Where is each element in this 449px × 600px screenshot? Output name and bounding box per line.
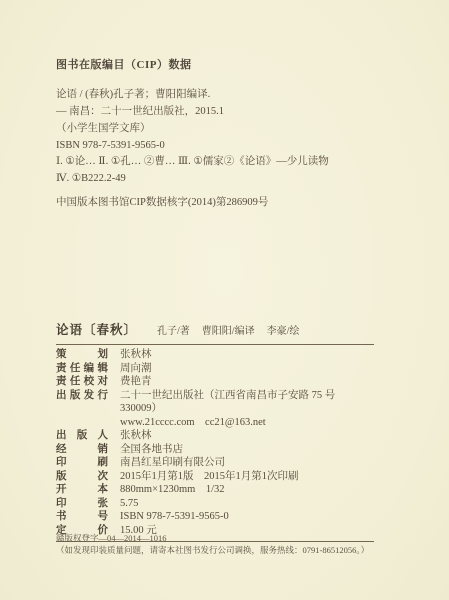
- row-label: 印刷: [56, 456, 108, 470]
- row-value: 南昌红星印刷有限公司: [120, 456, 374, 470]
- cip-line-isbn: ISBN 978-7-5391-9565-0: [56, 137, 374, 154]
- row-label: 版次: [56, 470, 108, 484]
- table-row-format: 开本 880mm×1230mm 1/32: [56, 483, 374, 497]
- contributors: 孔子/著 曹阳阳/编译 李豪/绘: [157, 322, 299, 337]
- row-value: 费艳青: [120, 375, 374, 389]
- copyright-page: 图书在版编目（CIP）数据 论语 / (春秋)孔子著；曹阳阳编译. — 南昌：二…: [0, 0, 449, 600]
- table-row-printing: 印刷 南昌红星印刷有限公司: [56, 456, 374, 470]
- cip-record-number: 中国版本图书馆CIP数据核字(2014)第286909号: [56, 194, 374, 209]
- table-row-sheets: 印张 5.75: [56, 497, 374, 511]
- cip-line-title: 论语 / (春秋)孔子著；曹阳阳编译.: [56, 86, 374, 103]
- table-row-proofreader: 责任校对 费艳青: [56, 375, 374, 389]
- row-value: 2015年1月第1版 2015年1月第1次印刷: [120, 470, 374, 484]
- row-label: 出版发行: [56, 389, 108, 416]
- row-label: 开本: [56, 483, 108, 497]
- row-label: 出版人: [56, 429, 108, 443]
- contributor-illustrator: 李豪/绘: [267, 322, 300, 337]
- row-label: 书号: [56, 510, 108, 524]
- row-label: 印张: [56, 497, 108, 511]
- table-row-isbn: 书号 ISBN 978-7-5391-9565-0: [56, 510, 374, 524]
- row-label: 经销: [56, 443, 108, 457]
- table-row-website: www.21cccc.com cc21@163.net: [56, 416, 374, 430]
- row-label: 责任编辑: [56, 362, 108, 376]
- row-value: 张秋林: [120, 429, 374, 443]
- row-label: 责任校对: [56, 375, 108, 389]
- row-value: 全国各地书店: [120, 443, 374, 457]
- copyright-registration: 赣版权登字—04—2014—1016: [56, 533, 374, 545]
- classification-line-1: Ⅰ. ①论… Ⅱ. ①孔… ②曹… Ⅲ. ①儒家②《论语》—少儿读物: [56, 153, 374, 170]
- row-label: 策划: [56, 348, 108, 362]
- row-value: ISBN 978-7-5391-9565-0: [120, 510, 374, 524]
- contributor-author: 孔子/著: [157, 322, 190, 337]
- table-row-distribution: 经销 全国各地书店: [56, 443, 374, 457]
- classification-line-2: Ⅳ. ①B222.2-49: [56, 170, 374, 187]
- cip-line-publisher: — 南昌：二十一世纪出版社，2015.1: [56, 103, 374, 120]
- cip-classification: Ⅰ. ①论… Ⅱ. ①孔… ②曹… Ⅲ. ①儒家②《论语》—少儿读物 Ⅳ. ①B…: [56, 153, 374, 187]
- table-row-editor: 责任编辑 周向潮: [56, 362, 374, 376]
- row-label: [56, 416, 108, 430]
- table-row-planner: 策划 张秋林: [56, 348, 374, 362]
- book-title: 论语〔春秋〕: [56, 320, 137, 338]
- cip-description: 论语 / (春秋)孔子著；曹阳阳编译. — 南昌：二十一世纪出版社，2015.1…: [56, 86, 374, 154]
- row-value: 5.75: [120, 497, 374, 511]
- cip-header: 图书在版编目（CIP）数据: [56, 56, 374, 72]
- row-value: 周向潮: [120, 362, 374, 376]
- service-note: （如发现印装质量问题，请寄本社图书发行公司调换，服务热线：0791-865120…: [56, 545, 374, 557]
- row-value: 张秋林: [120, 348, 374, 362]
- table-row-publisher-person: 出版人 张秋林: [56, 429, 374, 443]
- table-row-edition: 版次 2015年1月第1版 2015年1月第1次印刷: [56, 470, 374, 484]
- title-row: 论语〔春秋〕 孔子/著 曹阳阳/编译 李豪/绘: [56, 320, 374, 345]
- footer-notes: 赣版权登字—04—2014—1016 （如发现印装质量问题，请寄本社图书发行公司…: [56, 533, 374, 556]
- row-value: www.21cccc.com cc21@163.net: [120, 416, 374, 430]
- row-value: 880mm×1230mm 1/32: [120, 483, 374, 497]
- contributor-translator: 曹阳阳/编译: [202, 322, 255, 337]
- cip-line-series: （小学生国学文库）: [56, 120, 374, 137]
- publication-info-table: 策划 张秋林 责任编辑 周向潮 责任校对 费艳青 出版发行 二十一世纪出版社（江…: [56, 348, 374, 542]
- row-value: 二十一世纪出版社（江西省南昌市子安路 75 号 330009）: [120, 389, 374, 416]
- table-row-publisher: 出版发行 二十一世纪出版社（江西省南昌市子安路 75 号 330009）: [56, 389, 374, 416]
